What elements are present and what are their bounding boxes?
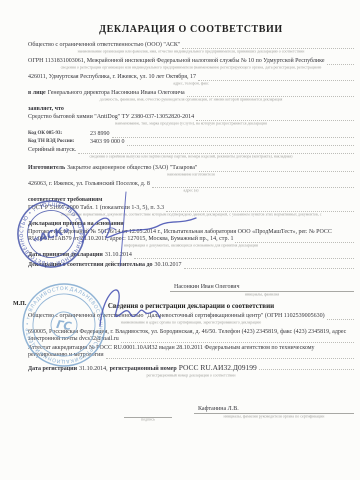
dotted-leader: [134, 252, 354, 259]
dotted-leader: [184, 262, 354, 269]
declarant-name-caption: наименование организации или фамилия, им…: [61, 50, 322, 54]
valid-until-label: Декларация о соответствии действительна …: [28, 262, 153, 269]
conformity-heading: соответствует требованиям: [28, 197, 102, 204]
signature2-block: подпись Кафтанина Л.В. инициалы, фамилия…: [124, 405, 354, 423]
code-ok-row: Код ОК 005-93: 23 8990: [28, 130, 354, 138]
declarant-registration: ОГРН 1131831003061, Межрайонной инспекци…: [28, 58, 325, 65]
dotted-leader: [106, 352, 354, 359]
podpis-column: подпись: [124, 409, 172, 423]
declarant-address-caption: адрес, телефон, факс: [61, 82, 322, 86]
signature2-name: Кафтанина Л.В.: [194, 405, 354, 414]
dotted-leader: [187, 90, 354, 97]
in-person-value: Генерального директора Насонкина Ивана О…: [48, 90, 185, 97]
registration-org-caption: наименование и адрес органа по сертифика…: [61, 321, 322, 325]
signature2-name-column: Кафтанина Л.В. инициалы, фамилия руковод…: [194, 405, 354, 423]
dotted-leader: [327, 58, 354, 65]
issue-type-block: Серийный выпуск. сведения о серийном вып…: [28, 147, 354, 160]
basis-block: Протокол исследований № 50136/14 от 12.0…: [28, 229, 354, 249]
podpis-line: [124, 409, 172, 418]
dotted-leader: [152, 181, 354, 188]
basis-heading: Декларация принята на основании: [28, 221, 124, 228]
dotted-leader: [121, 336, 354, 343]
valid-until-value: 30.10.2017: [155, 262, 182, 269]
dotted-leader: [259, 363, 354, 370]
dotted-leader: [327, 313, 354, 320]
registration-org-block: Общество с ограниченной ответственностью…: [28, 313, 354, 326]
dotted-leader: [78, 147, 354, 154]
manufacturer-name: Закрытое акционерное общество (ЗАО) "Таз…: [67, 165, 197, 172]
declarant-registration-caption: сведения о регистрации организации или и…: [61, 66, 322, 70]
in-person-block: в лицеГенерального директора Насонкина И…: [28, 90, 354, 103]
basis-line2: RU.0001.21АВ79 от 28.10.2011, адрес: 127…: [28, 236, 233, 243]
declarant-name-block: Общество с ограниченной ответственностью…: [28, 42, 354, 55]
podpis-caption: подпись: [129, 418, 167, 422]
manufacturer-address-caption: адрес (а): [61, 189, 322, 193]
manufacturer-address-block: 426063, г. Ижевск, ул. Гольянский Посело…: [28, 181, 354, 194]
valid-until-row: Декларация о соответствии действительна …: [28, 262, 354, 269]
signature1-name: Насонкин Иван Олегович: [170, 283, 354, 292]
declarant-registration-block: ОГРН 1131831003061, Межрайонной инспекци…: [28, 58, 354, 71]
code-tn-label: Код ТН ВЭД России:: [28, 138, 90, 146]
issue-caption: сведения о серийном выпуске или партии (…: [61, 155, 322, 159]
attestation-line2: регулированию и метрологии: [28, 352, 104, 359]
adoption-date-value: 31.10.2014: [105, 252, 132, 259]
standards-value: ГОСТ Р 51697-2000 Табл. 1 (показатели 1-…: [28, 205, 164, 212]
manufacturer-block: ИзготовительЗакрытое акционерное обществ…: [28, 165, 354, 178]
dotted-leader: [196, 114, 354, 121]
dotted-leader: [112, 131, 355, 138]
dotted-leader: [182, 42, 354, 49]
signature2-caption: инициалы, фамилия руководителя органа по…: [210, 415, 338, 419]
basis-line1: Протокол исследований № 50136/14 от 12.0…: [28, 229, 332, 236]
issue-type: Серийный выпуск.: [28, 147, 76, 154]
product-name: Средство бытовой химии "AntiDog" ТУ 2380…: [28, 114, 194, 121]
product-block: Средство бытовой химии "AntiDog" ТУ 2380…: [28, 114, 354, 127]
registration-address-line1: 690005, Российская Федерация, г. Владиво…: [28, 329, 346, 336]
basis-caption: информация о документах, являющихся осно…: [61, 244, 322, 248]
dotted-leader: [198, 74, 354, 81]
registration-date-label: Дата регистрации: [28, 366, 77, 373]
code-ok-label: Код ОК 005-93:: [28, 130, 90, 138]
attestation-block: Аттестат аккредитации № РОСС RU.0001.10А…: [28, 345, 354, 359]
registration-heading: Сведения о регистрации декларации о соот…: [28, 302, 354, 310]
signature1-block: Насонкин Иван Олегович инициалы, фамилия: [170, 283, 354, 298]
adoption-date-label: Дата принятия декларации: [28, 252, 103, 259]
signature1-caption: инициалы, фамилия: [188, 293, 335, 297]
dotted-leader: [166, 205, 354, 212]
product-caption: наименование, тип, марка продукции (услу…: [61, 122, 322, 126]
code-tn-value: 3403 99 000 0: [90, 138, 125, 146]
registration-date-value: 31.10.2014,: [79, 366, 108, 373]
dotted-leader: [235, 236, 354, 243]
registration-number-caption: регистрационный номер декларации о соотв…: [61, 374, 322, 378]
attestation-line1: Аттестат аккредитации № РОСС RU.0001.10А…: [28, 345, 315, 352]
dotted-leader: [127, 139, 355, 146]
mp-stamp-place-label: М.П.: [13, 301, 26, 307]
registration-org: Общество с ограниченной ответственностью…: [28, 313, 325, 320]
code-tn-row: Код ТН ВЭД России: 3403 99 000 0: [28, 138, 354, 146]
registration-number-label: регистрационный номер: [110, 366, 177, 373]
adoption-date-row: Дата принятия декларации 31.10.2014: [28, 252, 354, 259]
registration-date-block: Дата регистрации 31.10.2014, регистрацио…: [28, 363, 354, 379]
standards-block: ГОСТ Р 51697-2000 Табл. 1 (показатели 1-…: [28, 205, 354, 218]
declares-label: заявляет, что: [28, 106, 64, 113]
standards-caption: обозначение нормативных документов, соот…: [61, 213, 322, 217]
code-ok-value: 23 8990: [90, 130, 110, 138]
manufacturer-caption: наименование изготовителя: [61, 173, 322, 177]
registration-address-line2: электронной почты dvcs32@mail.ru: [28, 336, 119, 343]
manufacturer-address: 426063, г. Ижевск, ул. Гольянский Посело…: [28, 181, 150, 188]
registration-number-value: РОСС RU.АИ32.Д09199: [179, 364, 257, 372]
declarant-name: Общество с ограниченной ответственностью…: [28, 42, 180, 49]
in-person-label: в лице: [28, 90, 46, 97]
document-page: ДЕКЛАРАЦИЯ О СООТВЕТСТВИИ Общество с огр…: [0, 0, 360, 480]
document-title: ДЕКЛАРАЦИЯ О СООТВЕТСТВИИ: [28, 24, 354, 35]
manufacturer-label: Изготовитель: [28, 165, 65, 172]
dotted-leader: [199, 165, 354, 172]
registration-address-block: 690005, Российская Федерация, г. Владиво…: [28, 329, 354, 343]
declarant-address: 426011, Удмуртская Республика, г. Ижевск…: [28, 74, 196, 81]
declarant-address-block: 426011, Удмуртская Республика, г. Ижевск…: [28, 74, 354, 87]
in-person-caption: должность, фамилия, имя, отчество руково…: [61, 98, 322, 102]
